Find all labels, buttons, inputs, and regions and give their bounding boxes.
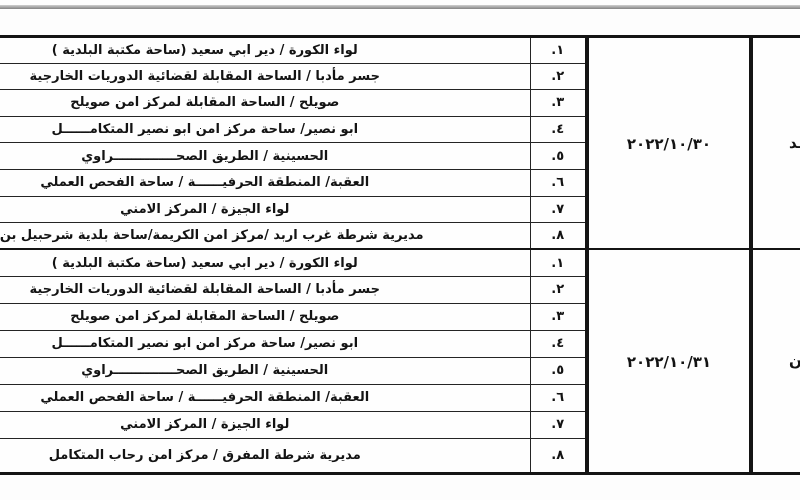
- location-cell: لواء الكورة / دير ابي سعيد (ساحة مكتبة ا…: [0, 37, 530, 64]
- governorate-cell: ـد: [751, 37, 800, 250]
- location-cell: صويلح / الساحة المقابلة لمركز امن صويلح: [0, 90, 530, 117]
- row-number-cell: ٢.: [530, 63, 587, 90]
- row-number-cell: ٣.: [530, 90, 587, 117]
- row-number-cell: ٤.: [530, 330, 587, 357]
- location-cell: ابو نصير/ ساحة مركز امن ابو نصير المتكام…: [0, 116, 530, 143]
- row-number-cell: ٣.: [530, 303, 587, 330]
- patrol-locations-table: ـد ٢٠٢٢/١٠/٣٠ ١. لواء الكورة / دير ابي س…: [0, 35, 800, 475]
- row-number-cell: ٢.: [530, 276, 587, 303]
- location-cell: ابو نصير/ ساحة مركز امن ابو نصير المتكام…: [0, 330, 530, 357]
- row-number-cell: ١.: [530, 37, 587, 64]
- row-number-cell: ٧.: [530, 411, 587, 438]
- governorate-text-fragment: ـد: [789, 134, 800, 152]
- location-cell: لواء الكورة / دير ابي سعيد (ساحة مكتبة ا…: [0, 249, 530, 276]
- location-cell: لواء الجيزة / المركز الامني: [0, 196, 530, 223]
- location-cell: الحسينية / الطريق الصحــــــــــــــراوي: [0, 357, 530, 384]
- date-text: ٢٠٢٢/١٠/٣١: [627, 353, 711, 371]
- location-cell: الحسينية / الطريق الصحــــــــــــــراوي: [0, 143, 530, 170]
- governorate-text-fragment: ن: [789, 352, 800, 370]
- location-cell: مديرية شرطة غرب اربد /مركز امن الكريمة/س…: [0, 223, 530, 250]
- date-cell: ٢٠٢٢/١٠/٣١: [587, 249, 751, 473]
- location-cell: لواء الجيزة / المركز الامني: [0, 411, 530, 438]
- row-number-cell: ٨.: [530, 223, 587, 250]
- row-number-cell: ٤.: [530, 116, 587, 143]
- page-top-rule: [0, 5, 800, 9]
- location-cell: العقبة/ المنطقة الحرفيــــــة / ساحة الف…: [0, 169, 530, 196]
- scanned-document-page: ـد ٢٠٢٢/١٠/٣٠ ١. لواء الكورة / دير ابي س…: [0, 0, 800, 500]
- date-text: ٢٠٢٢/١٠/٣٠: [627, 135, 711, 153]
- row-number-cell: ٦.: [530, 169, 587, 196]
- location-cell: جسر مأدبا / الساحة المقابلة لقضائية الدو…: [0, 276, 530, 303]
- location-cell: العقبة/ المنطقة الحرفيــــــة / ساحة الف…: [0, 384, 530, 411]
- row-number-cell: ٥.: [530, 357, 587, 384]
- row-number-cell: ٦.: [530, 384, 587, 411]
- location-cell: جسر مأدبا / الساحة المقابلة لقضائية الدو…: [0, 63, 530, 90]
- schedule-row: ن ٢٠٢٢/١٠/٣١ ١. لواء الكورة / دير ابي سع…: [0, 249, 800, 276]
- row-number-cell: ٧.: [530, 196, 587, 223]
- row-number-cell: ٥.: [530, 143, 587, 170]
- schedule-row: ـد ٢٠٢٢/١٠/٣٠ ١. لواء الكورة / دير ابي س…: [0, 37, 800, 64]
- row-number-cell: ٨.: [530, 438, 587, 473]
- row-number-cell: ١.: [530, 249, 587, 276]
- location-cell: صويلح / الساحة المقابلة لمركز امن صويلح: [0, 303, 530, 330]
- date-cell: ٢٠٢٢/١٠/٣٠: [587, 37, 751, 250]
- governorate-cell: ن: [751, 249, 800, 473]
- location-cell: مديرية شرطة المفرق / مركز امن رحاب المتك…: [0, 438, 530, 473]
